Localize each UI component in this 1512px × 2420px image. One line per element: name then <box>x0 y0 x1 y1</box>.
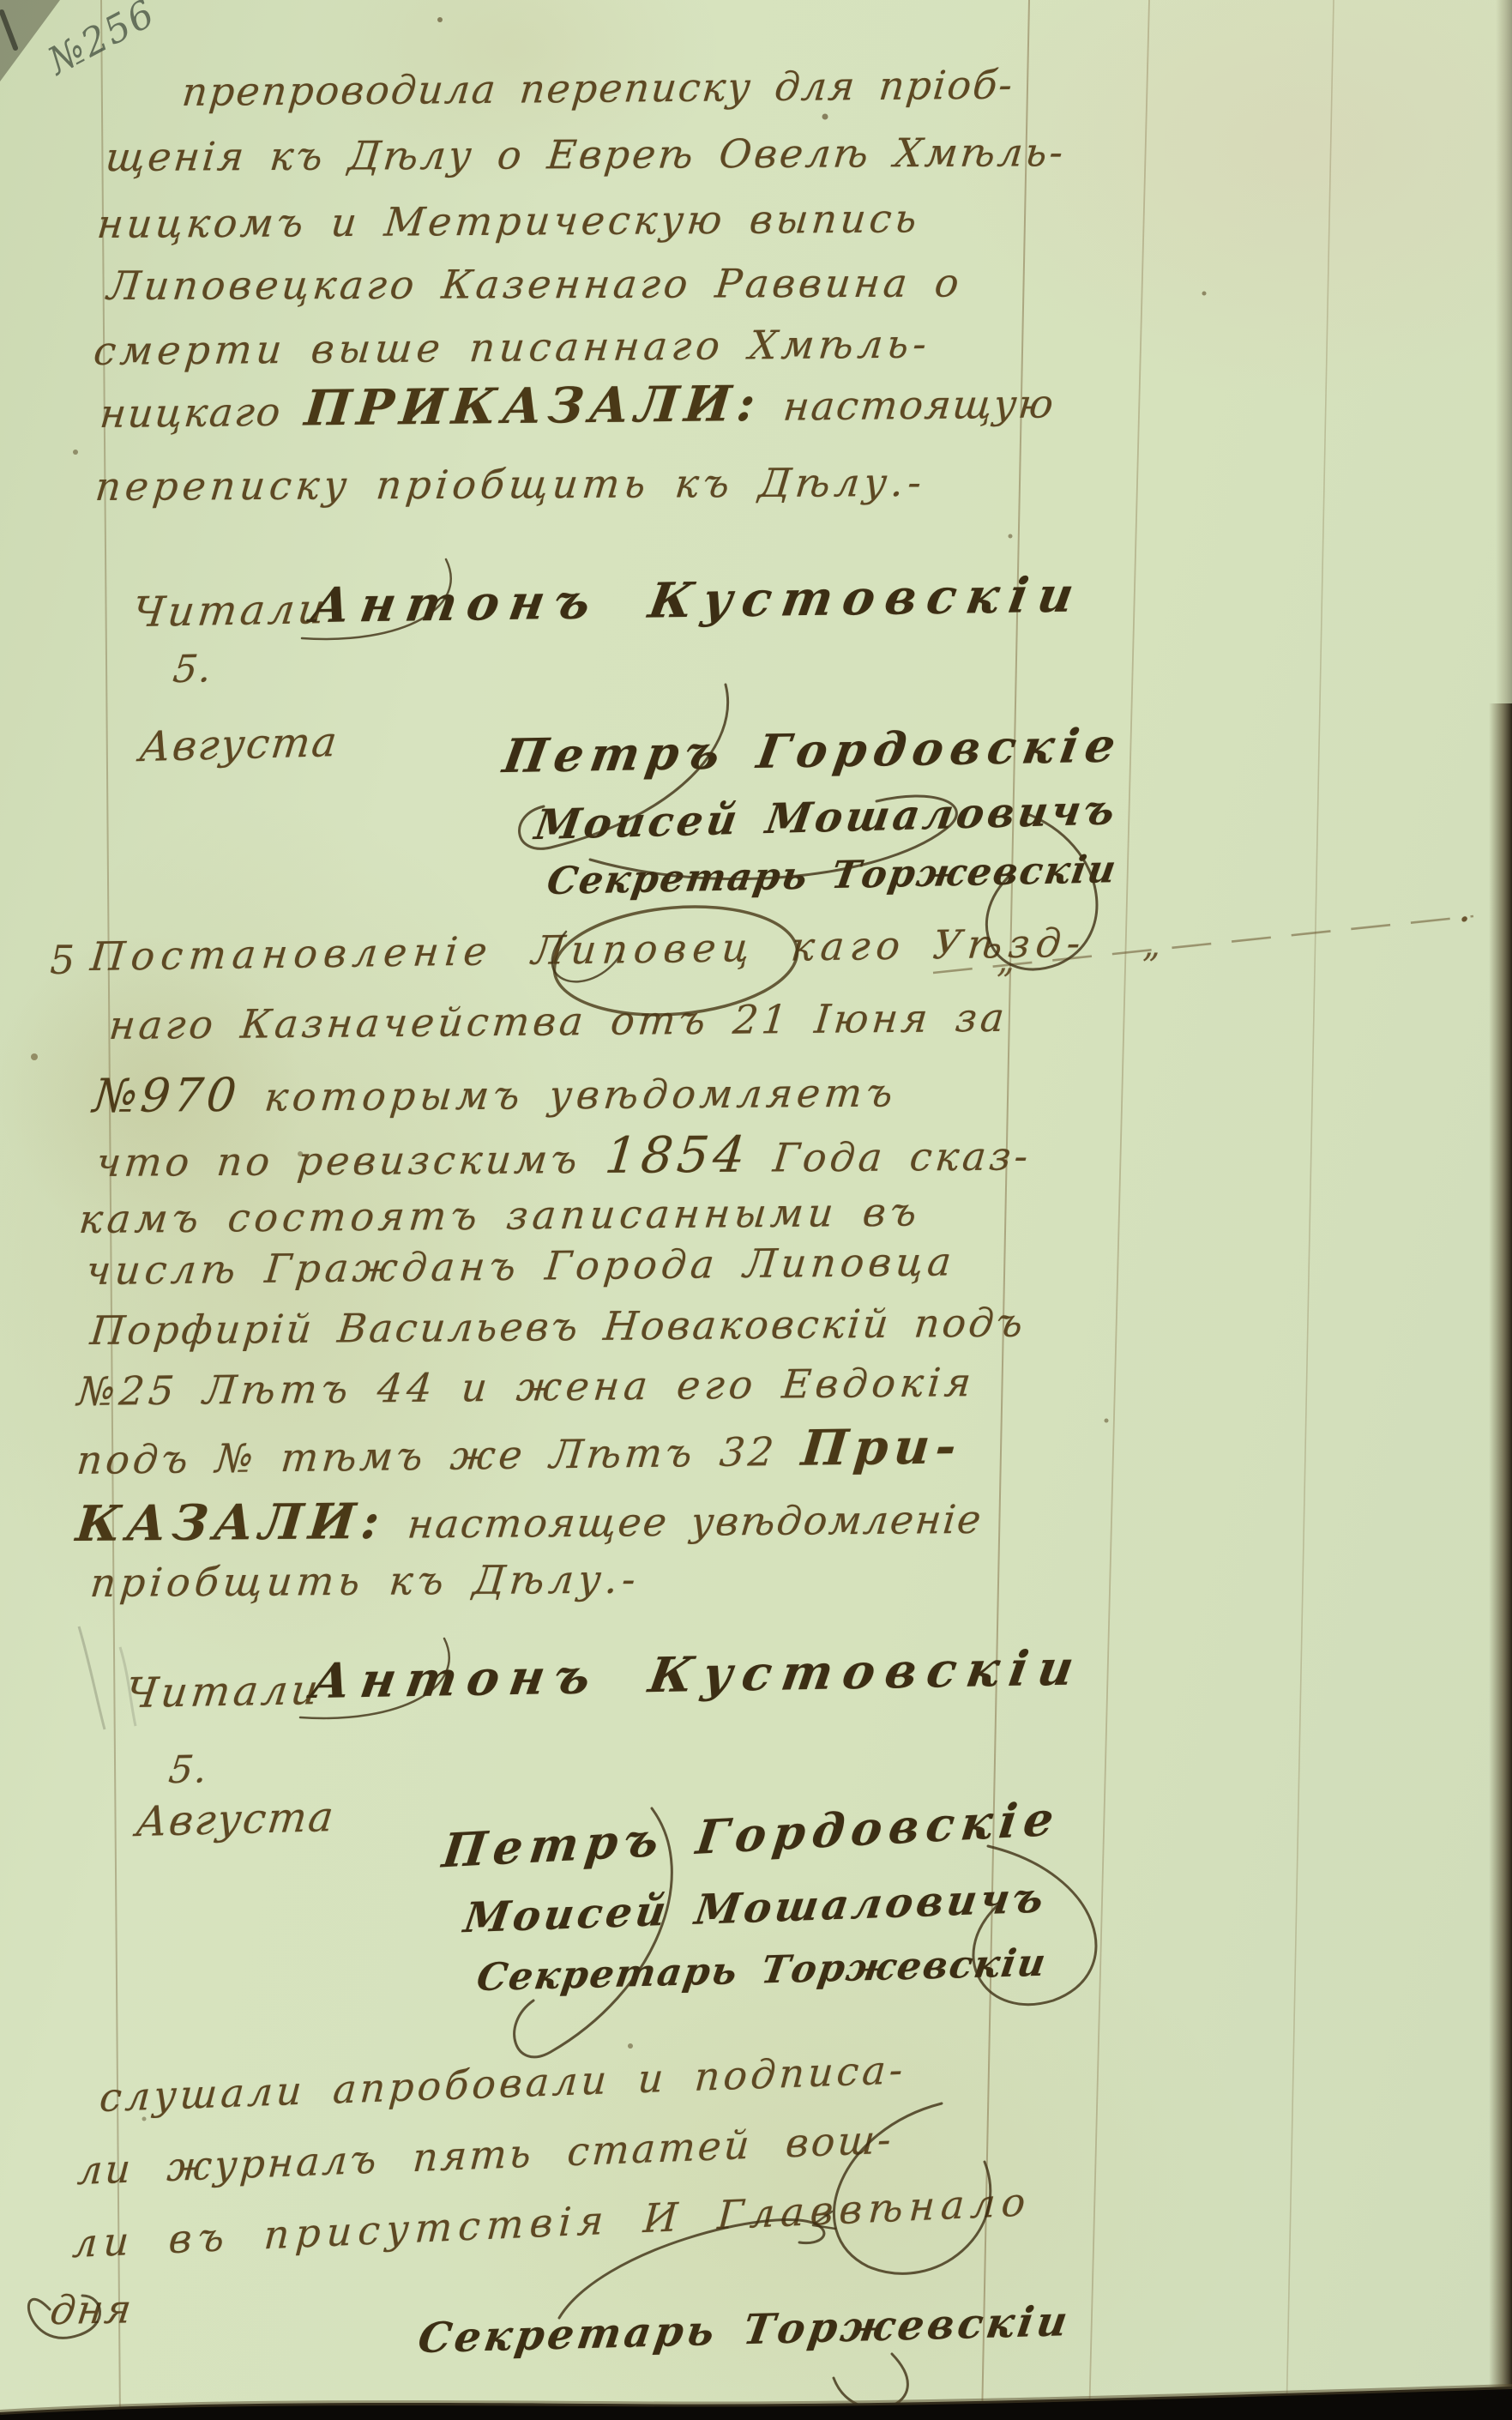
flourish-read-tail <box>300 1638 449 1718</box>
flourish-secretary-loop <box>834 2103 991 2273</box>
flourish-day-loop <box>28 2296 99 2338</box>
flourish-signature-loop <box>973 1846 1096 2005</box>
flourish-read-tail <box>302 559 451 639</box>
manuscript-page: №256 препроводила переписку для пріоб- щ… <box>0 0 1512 2420</box>
flourish-month-swash <box>520 685 728 848</box>
flourish-signature-underline <box>590 796 956 879</box>
ink-speck <box>822 114 828 120</box>
ink-speck <box>628 2043 633 2049</box>
flourish-sweep-tip <box>813 2212 835 2229</box>
circle-annotation <box>550 897 802 1024</box>
ink-speck <box>298 1151 303 1156</box>
ink-speck <box>1009 534 1013 539</box>
corner-shadow <box>0 0 60 81</box>
ink-annotation-layer <box>0 0 1512 2420</box>
ink-speck <box>437 17 443 22</box>
dash-annotation <box>933 916 1473 973</box>
flourish-signature-loop <box>986 813 1096 969</box>
ink-speck <box>1202 292 1207 296</box>
ink-speck <box>142 2117 147 2121</box>
flourish-final-sweep <box>559 2220 824 2318</box>
flourish-secretary-loop <box>552 932 621 981</box>
page-edge-right <box>1489 703 1512 2420</box>
flourish-month-swash <box>515 1808 672 2057</box>
ink-speck <box>31 1053 38 1060</box>
ink-speck <box>1105 1419 1109 1423</box>
page-edge-right-top <box>1496 0 1512 703</box>
ink-speck <box>73 450 78 455</box>
